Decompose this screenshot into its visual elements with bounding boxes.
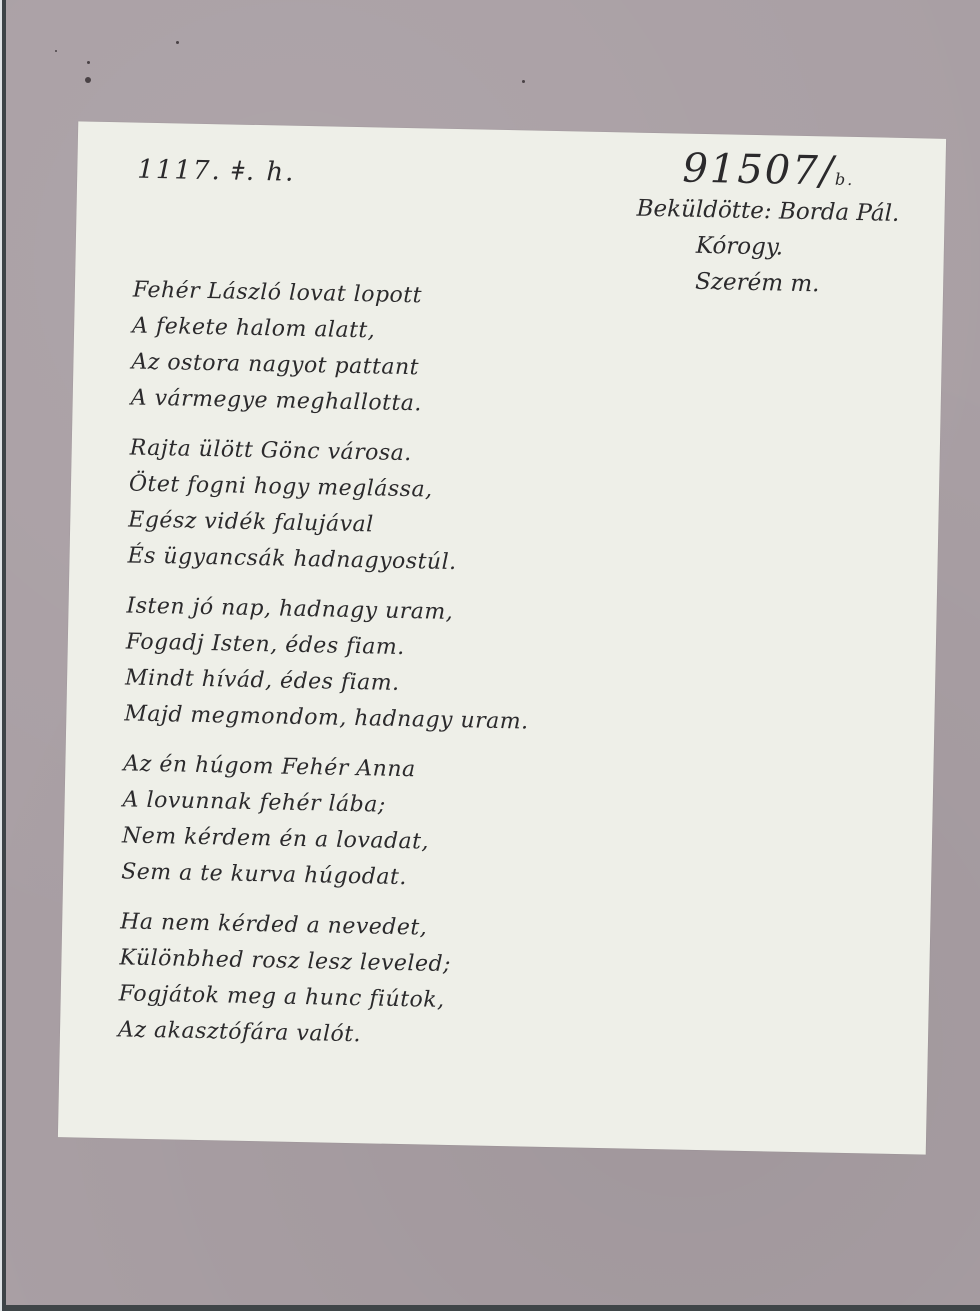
scanner-frame-left-edge	[0, 0, 6, 1311]
dust-speck	[55, 50, 57, 52]
archive-number-line: 91507/b.	[682, 146, 938, 197]
poem: Fehér László lovat lopott A fekete halom…	[117, 273, 537, 1071]
reference-number: 1117. ǂ. h.	[137, 155, 296, 188]
archive-number: 91507	[682, 146, 820, 195]
dust-speck	[87, 61, 90, 64]
stanza-1: Fehér László lovat lopott A fekete halom…	[130, 273, 537, 425]
stanza-3: Isten jó nap, hadnagy uram, Fogadj Isten…	[124, 588, 531, 740]
dust-speck	[85, 77, 91, 83]
manuscript-sheet: 1117. ǂ. h. 91507/b. Beküldötte: Borda P…	[58, 121, 946, 1154]
verse-line: És ügyancsák hadnagyostúl.	[127, 538, 532, 582]
dust-speck	[522, 80, 525, 83]
verse-line: Sem a te kurva húgodat.	[121, 854, 526, 898]
submitted-by-name: Borda Pál.	[779, 198, 900, 226]
submitted-by-line: Beküldötte: Borda Pál.	[636, 191, 937, 233]
dust-speck	[176, 41, 179, 44]
archive-annotation: 91507/b. Beküldötte: Borda Pál. Kórogy. …	[635, 145, 938, 305]
stanza-2: Rajta ülött Gönc városa. Ötet fogni hogy…	[127, 430, 534, 582]
scanner-frame-bottom-edge	[6, 1305, 980, 1311]
verse-line: Az akasztófára valót.	[118, 1012, 523, 1056]
submitted-by-label: Beküldötte:	[636, 196, 772, 225]
stanza-4: Az én húgom Fehér Anna A lovunnak fehér …	[121, 746, 528, 898]
verse-line: A vármegye meghallotta.	[130, 381, 535, 425]
verse-line: Majd megmondom, hadnagy uram.	[124, 696, 529, 740]
stanza-5: Ha nem kérded a nevedet, Különbhed rosz …	[118, 904, 525, 1056]
county: Szerém m.	[695, 264, 936, 305]
place: Kórogy.	[696, 228, 937, 269]
archive-number-suffix: b.	[835, 170, 855, 189]
